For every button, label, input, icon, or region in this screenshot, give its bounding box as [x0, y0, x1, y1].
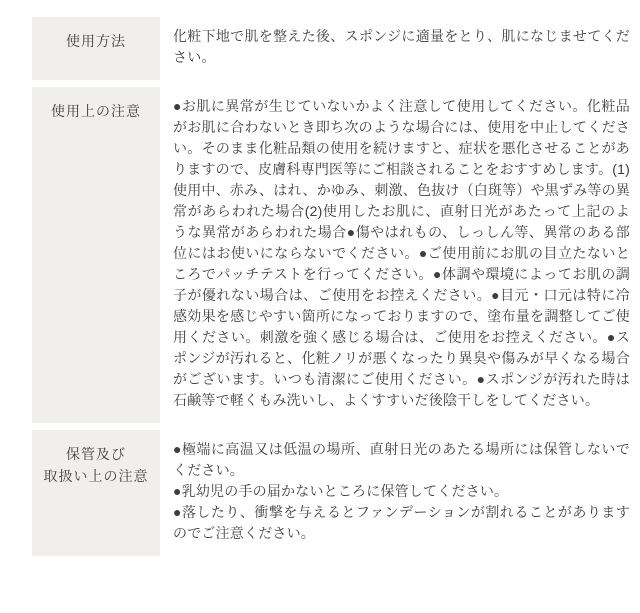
product-info-table: 使用方法 化粧下地で肌を整えた後、スポンジに適量をとり、肌になじませてください。… — [32, 17, 632, 563]
storage-precautions-label: 保管及び 取扱い上の注意 — [32, 430, 160, 556]
usage-precautions-label: 使用上の注意 — [32, 87, 160, 423]
storage-precautions-content: ●極端に高温又は低温の場所、直射日光のあたる場所には保管しないでください。 ●乳… — [160, 430, 632, 556]
row-storage-precautions: 保管及び 取扱い上の注意 ●極端に高温又は低温の場所、直射日光のあたる場所には保… — [32, 430, 632, 556]
usage-precautions-content: ●お肌に異常が生じていないかよく注意して使用してください。化粧品がお肌に合わない… — [160, 87, 632, 423]
usage-method-content: 化粧下地で肌を整えた後、スポンジに適量をとり、肌になじませてください。 — [160, 17, 632, 80]
row-usage-precautions: 使用上の注意 ●お肌に異常が生じていないかよく注意して使用してください。化粧品が… — [32, 87, 632, 423]
usage-method-label: 使用方法 — [32, 17, 160, 80]
row-usage-method: 使用方法 化粧下地で肌を整えた後、スポンジに適量をとり、肌になじませてください。 — [32, 17, 632, 80]
